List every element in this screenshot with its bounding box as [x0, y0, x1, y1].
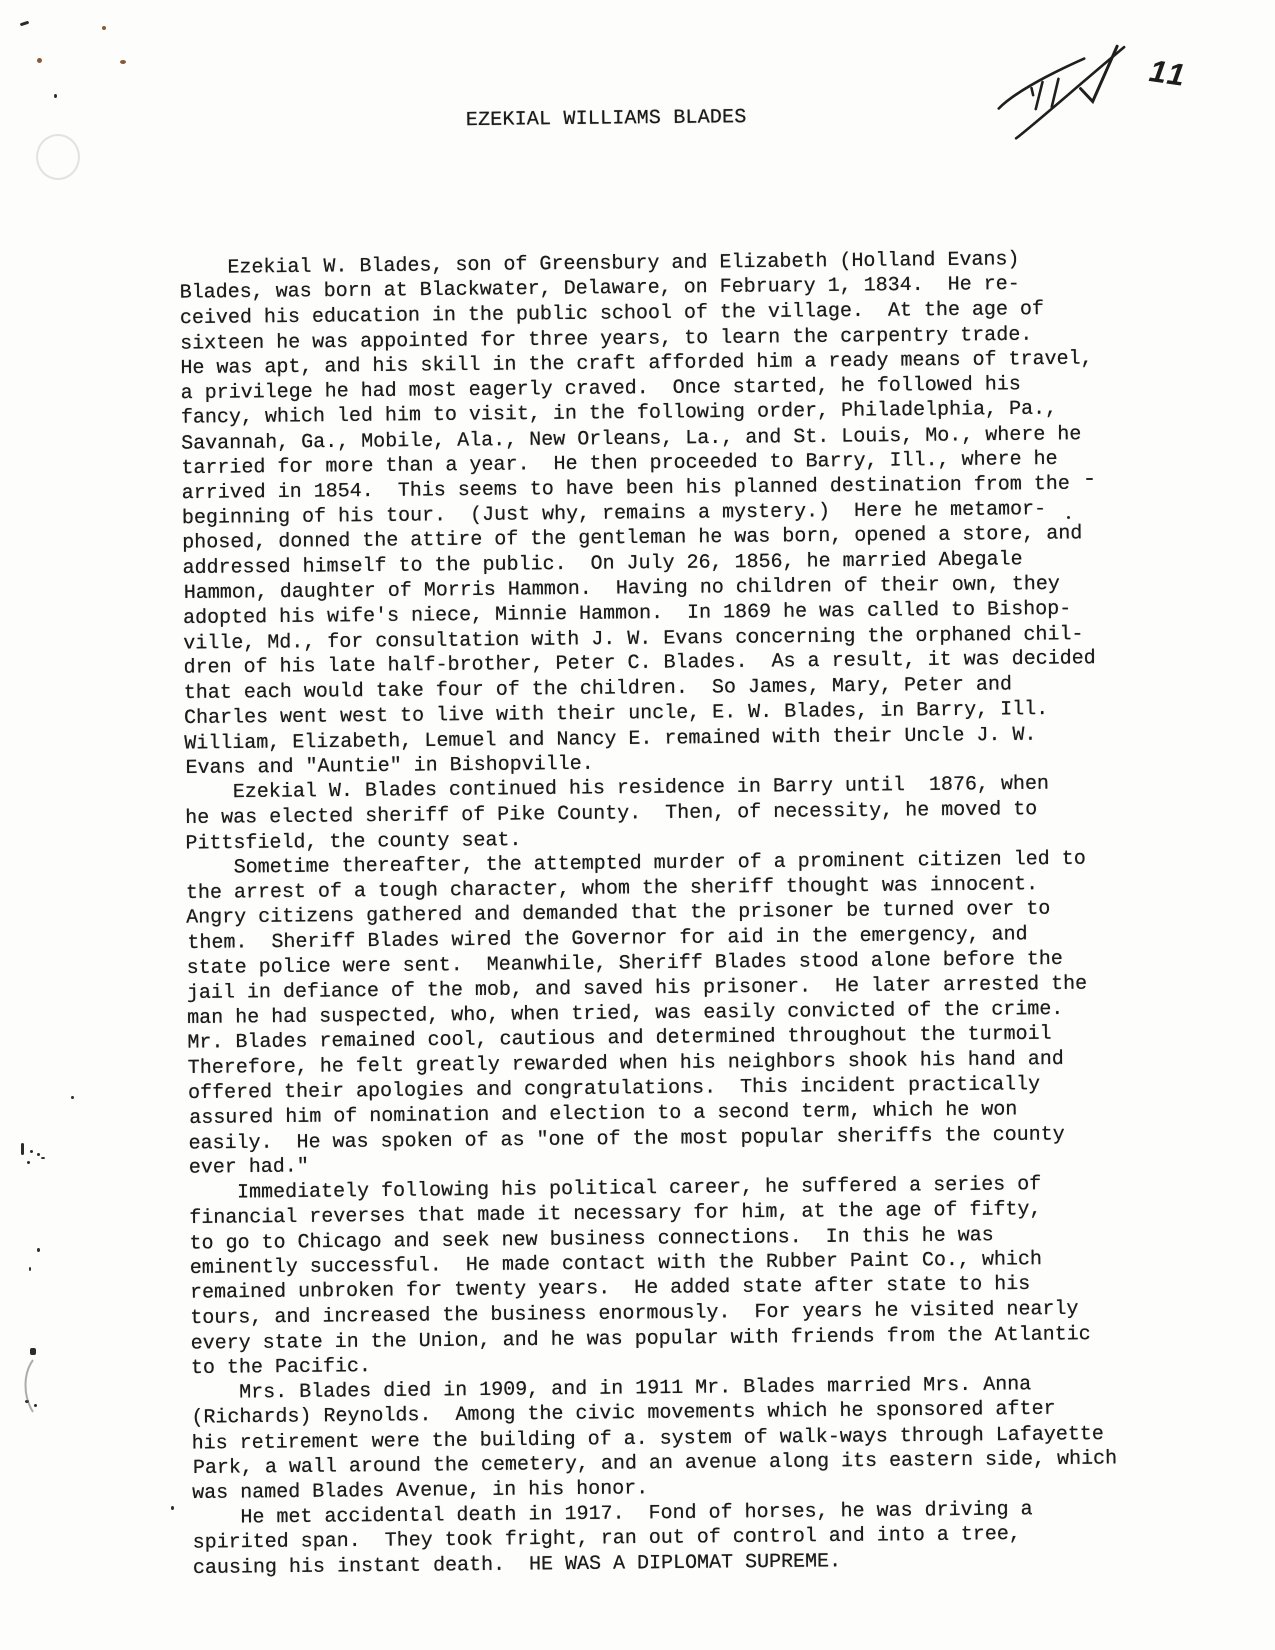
strikethrough-stroke	[1015, 47, 1125, 138]
handwritten-page-number: 11	[1147, 53, 1190, 94]
tick-mark	[1032, 88, 1034, 95]
roman-numeral-II-stroke-1	[1035, 82, 1042, 109]
document-title: EZEKIAL WILLIAMS BLADES	[466, 106, 747, 132]
document-page: EZEKIAL WILLIAMS BLADES Ezekial W. Blade…	[0, 0, 1275, 1650]
roman-numeral-II-stroke-2	[1051, 79, 1058, 107]
checkmark-icon	[1080, 46, 1118, 101]
underline-arc-stroke	[998, 59, 1085, 109]
document-body: Ezekial W. Blades, son of Greensbury and…	[179, 246, 1117, 1581]
scanned-content: EZEKIAL WILLIAMS BLADES Ezekial W. Blade…	[0, 0, 1275, 1650]
